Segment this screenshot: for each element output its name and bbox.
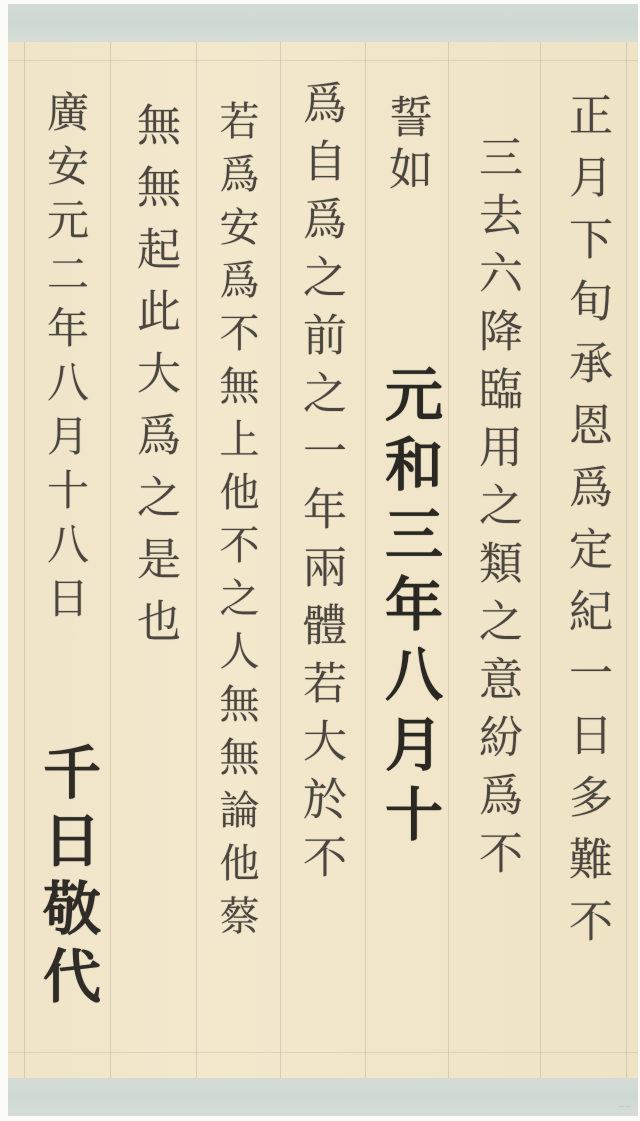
calligraphy-column-8: 廣安元二年八月十八日: [44, 90, 86, 630]
row-rule: [8, 1052, 638, 1053]
scroll-top-mount: [8, 4, 638, 42]
column-rule: [196, 42, 197, 1078]
calligraphy-column-1: 正月下旬承恩爲定紀一日多難不: [564, 92, 608, 960]
calligraphy-column-5: 爲自爲之前之一年兩體若大於不: [298, 80, 342, 892]
column-rule: [448, 42, 449, 1078]
column-rule: [24, 42, 25, 1078]
calligraphy-column-4-date: 元和三年八月十: [380, 364, 438, 854]
calligraphy-signature: 千日敬代: [38, 742, 96, 1014]
column-rule: [365, 42, 366, 1078]
calligraphy-column-3: 誓如: [384, 94, 428, 198]
calligraphy-column-6: 若爲安爲不無上他不之人無無論他蔡: [216, 100, 256, 948]
watermark: ··· ···: [619, 1104, 630, 1110]
calligraphy-column-2: 三去六降臨用之類之意紛爲不: [474, 134, 518, 888]
scroll-paper: 正月下旬承恩爲定紀一日多難不 三去六降臨用之類之意紛爲不 誓如 元和三年八月十 …: [8, 42, 638, 1078]
calligraphy-scroll: 正月下旬承恩爲定紀一日多難不 三去六降臨用之類之意紛爲不 誓如 元和三年八月十 …: [8, 4, 638, 1116]
column-rule: [540, 42, 541, 1078]
column-rule: [626, 42, 627, 1078]
calligraphy-column-7: 無無起此大爲之是也: [132, 102, 176, 660]
column-rule: [280, 42, 281, 1078]
row-rule: [8, 60, 638, 61]
scroll-bottom-mount: ··· ···: [8, 1078, 638, 1116]
column-rule: [110, 42, 111, 1078]
